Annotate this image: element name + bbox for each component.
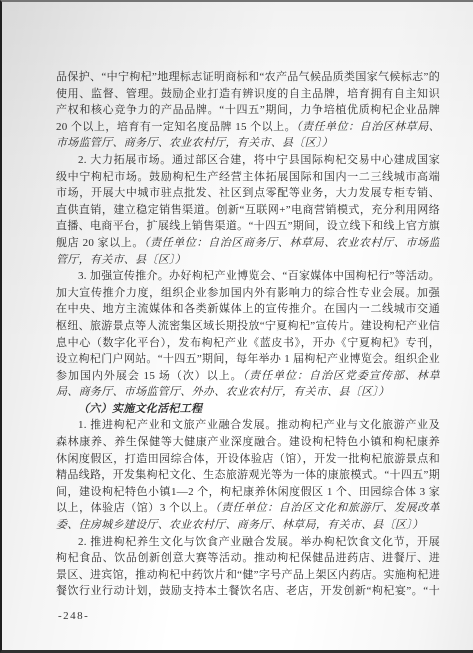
text-segment-song: 1. 推进枸杞产业和文旅产业融合发展。推动枸杞产业与文化旅游产业及森林康养、养生… — [56, 419, 440, 514]
text-segment-kai-bold: （六）实施文化活杞工程 — [78, 403, 202, 415]
text-segment-song: 2. 大力拓展市场。通过部区合建，将中宁县国际枸杞交易中心建成国家级中宁枸杞市场… — [56, 154, 440, 249]
scanned-page: 品保护、“中宁枸杞”地理标志证明商标和“农产品气候品质类国家气候标志”的使用、监… — [0, 0, 473, 653]
text-segment-song: 2. 推进枸杞养生文化与饮食产业融合发展。举办枸杞饮食文化节，开展枸杞食品、饮品… — [56, 536, 440, 600]
paragraph-item-2-expand-market: 2. 大力拓展市场。通过部区合建，将中宁县国际枸杞交易中心建成国家级中宁枸杞市场… — [56, 152, 440, 268]
text-segment-song: 3. 加强宣传推介。办好枸杞产业博览会、“百家媒体中国枸杞行”等活动。加大宣传推… — [56, 270, 440, 382]
text-column: 品保护、“中宁枸杞”地理标志证明商标和“农产品气候品质类国家气候标志”的使用、监… — [56, 69, 440, 600]
paragraph-item-1-culture-tourism-fusion: 1. 推进枸杞产业和文旅产业融合发展。推动枸杞产业与文化旅游产业及森林康养、养生… — [56, 417, 440, 533]
paragraph-section-6-heading: （六）实施文化活杞工程 — [56, 401, 440, 418]
paragraph-item-3-publicity: 3. 加强宣传推介。办好枸杞产业博览会、“百家媒体中国枸杞行”等活动。加大宣传推… — [56, 268, 440, 401]
paragraph-item-2-diet-culture-fusion: 2. 推进枸杞养生文化与饮食产业融合发展。举办枸杞饮食文化节，开展枸杞食品、饮品… — [56, 534, 440, 600]
paragraph-continuation-brand-protection: 品保护、“中宁枸杞”地理标志证明商标和“农产品气候品质类国家气候标志”的使用、监… — [56, 69, 440, 152]
page-number: -248- — [58, 610, 89, 622]
